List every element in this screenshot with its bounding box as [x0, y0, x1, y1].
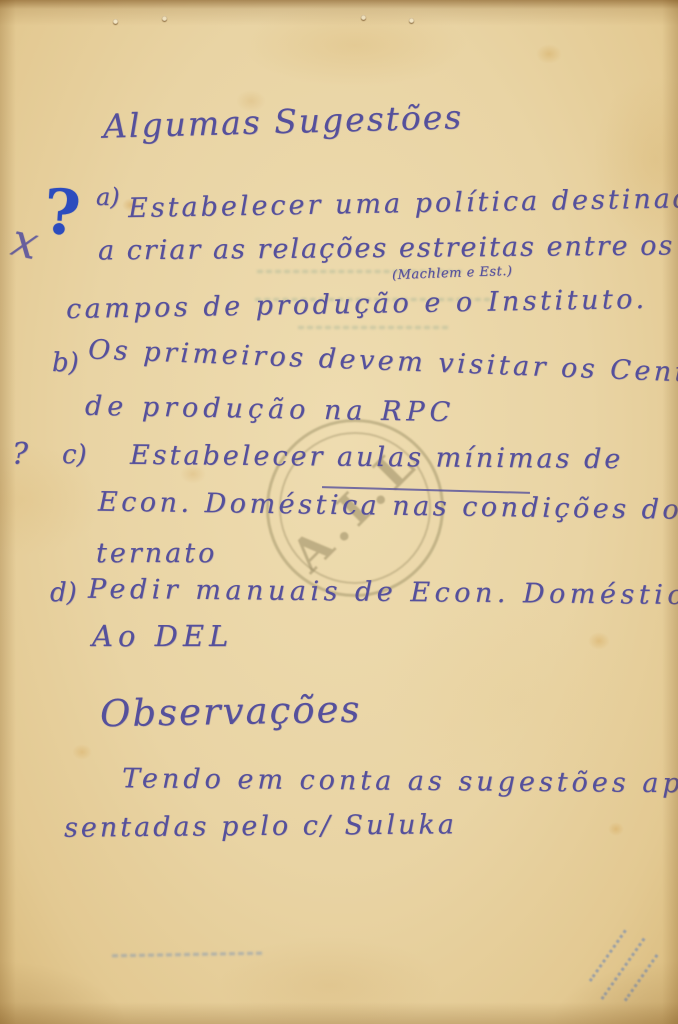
handwritten-line: a criar as relações estreitas entre os — [98, 230, 675, 266]
paper-stain — [588, 632, 610, 650]
handwritten-line: Tendo em conta as sugestões apre_ — [122, 763, 678, 799]
paper-stain — [72, 744, 92, 760]
paper-stain — [608, 822, 624, 836]
observations-heading: Observações — [100, 688, 362, 736]
pin-hole — [162, 16, 167, 21]
margin-cross-mark: x — [7, 212, 44, 270]
bleedthrough-dashed-line — [112, 952, 262, 958]
handwritten-line: ternato — [96, 538, 217, 569]
handwritten-line: Ao DEL — [92, 619, 233, 653]
page-title: Algumas Sugestões — [103, 97, 464, 145]
interlinear-note: (Machlem e Est.) — [392, 264, 513, 283]
handwritten-line: campos de produção e o Instituto. — [66, 284, 648, 325]
pin-hole — [361, 15, 366, 20]
pin-hole — [113, 19, 118, 24]
margin-question-mark: ? — [41, 175, 82, 250]
bleedthrough-stamp-ghost — [573, 910, 678, 1024]
handwritten-line: sentadas pelo c/ Suluka — [64, 809, 457, 843]
item-marker-d: d) — [50, 578, 77, 608]
handwritten-line: Os primeiros devem visitar os Centros — [88, 334, 678, 390]
handwritten-line: Econ. Doméstica nas condições do In — [98, 487, 678, 527]
scanned-handwritten-page: A.I.L Algumas Sugestões ? x a) Estabelec… — [0, 0, 678, 1024]
item-marker-b: b) — [52, 348, 79, 378]
handwritten-line: Pedir manuais de Econ. Doméstica — [88, 574, 678, 611]
item-marker-c: c) — [62, 440, 87, 470]
handwritten-line: de produção na RPC — [85, 391, 456, 428]
item-marker-a: a) — [96, 183, 120, 211]
paper-stain — [536, 44, 562, 64]
handwritten-line: Estabelecer aulas mínimas de — [130, 440, 624, 475]
handwritten-line: Estabelecer uma política destinada — [128, 183, 678, 224]
margin-question-mark: ? — [12, 437, 28, 472]
pin-hole — [409, 18, 414, 23]
